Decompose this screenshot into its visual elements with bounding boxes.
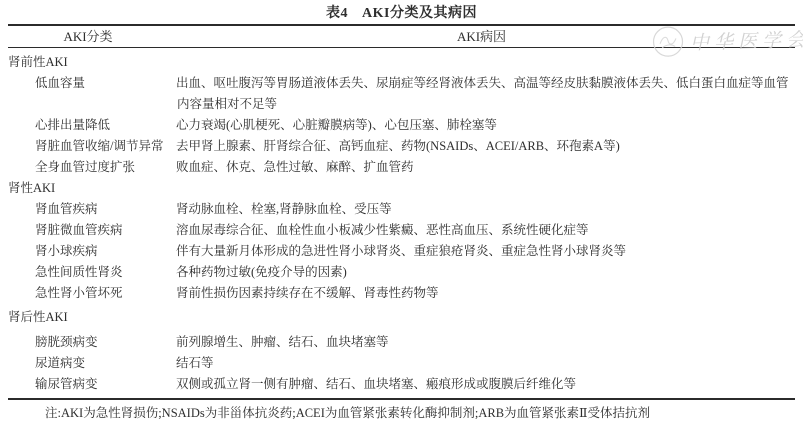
table-title-text: AKI分类及其病因 (362, 6, 477, 21)
causes-cell: 前列腺增生、肿瘤、结石、血块堵塞等 (168, 332, 795, 353)
causes-cell: 出血、呕吐腹泻等胃肠道液体丢失、尿崩症等经肾液体丢失、高温等经皮肤黏膜液体丢失、… (168, 73, 795, 115)
section-header: 肾性AKI (8, 178, 795, 199)
category-cell: 低血容量 (8, 73, 168, 115)
section-label: 肾前性AKI (8, 55, 68, 69)
category-cell: 急性肾小管坏死 (8, 283, 168, 304)
table-row: 急性间质性肾炎各种药物过敏(免疫介导的因素) (8, 262, 795, 283)
table-row: 膀胱颈病变前列腺增生、肿瘤、结石、血块堵塞等 (8, 332, 795, 353)
table-footnote: 注:AKI为急性肾损伤;NSAIDs为非甾体抗炎药;ACEI为血管紧张素转化酶抑… (0, 400, 803, 422)
table-row: 肾小球疾病伴有大量新月体形成的急进性肾小球肾炎、重症狼疮肾炎、重症急性肾小球肾炎… (8, 241, 795, 262)
table-header-row: AKI分类 AKI病因 (8, 26, 795, 48)
table-row: 肾脏血管收缩/调节异常去甲肾上腺素、肝肾综合征、高钙血症、药物(NSAIDs、A… (8, 136, 795, 157)
causes-cell: 伴有大量新月体形成的急进性肾小球肾炎、重症狼疮肾炎、重症急性肾小球肾炎等 (168, 241, 795, 262)
table-number: 表4 (326, 6, 348, 21)
section-label: 肾后性AKI (8, 310, 68, 324)
table-row: 急性肾小管坏死肾前性损伤因素持续存在不缓解、肾毒性药物等 (8, 283, 795, 304)
category-cell: 肾脏微血管疾病 (8, 220, 168, 241)
category-cell: 肾脏血管收缩/调节异常 (8, 136, 168, 157)
header-col-classification: AKI分类 (8, 26, 168, 47)
causes-cell: 双侧或孤立肾一侧有肿瘤、结石、血块堵塞、瘢痕形成或腹膜后纤维化等 (168, 374, 795, 395)
table-row: 全身血管过度扩张败血症、休克、急性过敏、麻醉、扩血管药 (8, 157, 795, 178)
header-col-causes: AKI病因 (168, 26, 795, 47)
table-body: 肾前性AKI低血容量出血、呕吐腹泻等胃肠道液体丢失、尿崩症等经肾液体丢失、高温等… (8, 48, 795, 400)
category-cell: 急性间质性肾炎 (8, 262, 168, 283)
table-row: 低血容量出血、呕吐腹泻等胃肠道液体丢失、尿崩症等经肾液体丢失、高温等经皮肤黏膜液… (8, 73, 795, 115)
category-cell: 肾小球疾病 (8, 241, 168, 262)
causes-cell: 败血症、休克、急性过敏、麻醉、扩血管药 (168, 157, 795, 178)
section-header: 肾后性AKI (8, 307, 795, 328)
causes-cell: 各种药物过敏(免疫介导的因素) (168, 262, 795, 283)
table-row: 肾血管疾病肾动脉血栓、栓塞,肾静脉血栓、受压等 (8, 199, 795, 220)
causes-cell: 去甲肾上腺素、肝肾综合征、高钙血症、药物(NSAIDs、ACEI/ARB、环孢素… (168, 136, 795, 157)
category-cell: 心排出量降低 (8, 115, 168, 136)
table-row: 输尿管病变双侧或孤立肾一侧有肿瘤、结石、血块堵塞、瘢痕形成或腹膜后纤维化等 (8, 374, 795, 395)
aki-table: AKI分类 AKI病因 肾前性AKI低血容量出血、呕吐腹泻等胃肠道液体丢失、尿崩… (8, 24, 795, 400)
table-row: 心排出量降低心力衰竭(心肌梗死、心脏瓣膜病等)、心包压塞、肺栓塞等 (8, 115, 795, 136)
table-row: 肾脏微血管疾病溶血尿毒综合征、血栓性血小板减少性紫癜、恶性高血压、系统性硬化症等 (8, 220, 795, 241)
causes-cell: 心力衰竭(心肌梗死、心脏瓣膜病等)、心包压塞、肺栓塞等 (168, 115, 795, 136)
category-cell: 全身血管过度扩张 (8, 157, 168, 178)
section-header: 肾前性AKI (8, 52, 795, 73)
category-cell: 尿道病变 (8, 353, 168, 374)
category-cell: 输尿管病变 (8, 374, 168, 395)
causes-cell: 溶血尿毒综合征、血栓性血小板减少性紫癜、恶性高血压、系统性硬化症等 (168, 220, 795, 241)
category-cell: 肾血管疾病 (8, 199, 168, 220)
causes-cell: 肾动脉血栓、栓塞,肾静脉血栓、受压等 (168, 199, 795, 220)
table-row: 尿道病变结石等 (8, 353, 795, 374)
table-page: 表4AKI分类及其病因 AKI分类 AKI病因 肾前性AKI低血容量出血、呕吐腹… (0, 0, 803, 422)
causes-cell: 结石等 (168, 353, 795, 374)
table-title: 表4AKI分类及其病因 (0, 0, 803, 24)
section-label: 肾性AKI (8, 181, 55, 195)
causes-cell: 肾前性损伤因素持续存在不缓解、肾毒性药物等 (168, 283, 795, 304)
category-cell: 膀胱颈病变 (8, 332, 168, 353)
